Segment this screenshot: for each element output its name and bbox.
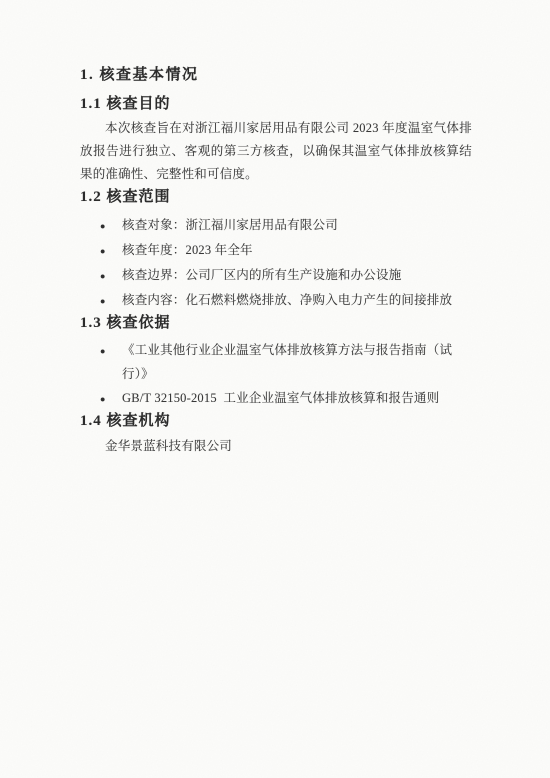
section-heading-verification-basis: 1.3 核查依据 — [80, 313, 472, 333]
list-item-text: 核查边界：公司厂区内的所有生产设施和办公设施 — [122, 263, 472, 287]
bullet-icon: ● — [100, 339, 122, 363]
list-item: ● 核查边界：公司厂区内的所有生产设施和办公设施 — [80, 263, 472, 288]
list-item-text: GB/T 32150-2015 工业企业温室气体排放核算和报告通则 — [122, 386, 472, 410]
bullet-icon: ● — [100, 239, 122, 263]
list-item: ● 核查对象：浙江福川家居用品有限公司 — [80, 213, 472, 238]
verification-organization-name: 金华景蓝科技有限公司 — [80, 435, 472, 458]
list-item: ● GB/T 32150-2015 工业企业温室气体排放核算和报告通则 — [80, 386, 472, 411]
section-heading-verification-organization: 1.4 核查机构 — [80, 411, 472, 431]
list-item-text: 核查对象：浙江福川家居用品有限公司 — [122, 213, 472, 237]
document-content: 1. 核查基本情况 1.1 核查目的 本次核查旨在对浙江福川家居用品有限公司 2… — [0, 0, 550, 458]
document-page: 1. 核查基本情况 1.1 核查目的 本次核查旨在对浙江福川家居用品有限公司 2… — [0, 0, 550, 778]
bullet-icon: ● — [100, 289, 122, 313]
list-item: ● 核查内容：化石燃料燃烧排放、净购入电力产生的间接排放 — [80, 288, 472, 313]
section-heading-verification-purpose: 1.1 核查目的 — [80, 94, 472, 114]
list-item: ● 《工业其他行业企业温室气体排放核算方法与报告指南（试行）》 — [80, 338, 472, 386]
verification-basis-list: ● 《工业其他行业企业温室气体排放核算方法与报告指南（试行）》 ● GB/T 3… — [80, 338, 472, 411]
list-item: ● 核查年度：2023 年全年 — [80, 238, 472, 263]
bullet-icon: ● — [100, 264, 122, 288]
bullet-icon: ● — [100, 214, 122, 238]
chapter-heading: 1. 核查基本情况 — [80, 64, 472, 86]
list-item-text: 《工业其他行业企业温室气体排放核算方法与报告指南（试行）》 — [122, 338, 472, 386]
list-item-text: 核查年度：2023 年全年 — [122, 238, 472, 262]
section-heading-verification-scope: 1.2 核查范围 — [80, 187, 472, 207]
list-item-text: 核查内容：化石燃料燃烧排放、净购入电力产生的间接排放 — [122, 288, 472, 312]
bullet-icon: ● — [100, 387, 122, 411]
verification-scope-list: ● 核查对象：浙江福川家居用品有限公司 ● 核查年度：2023 年全年 ● 核查… — [80, 213, 472, 313]
verification-purpose-paragraph: 本次核查旨在对浙江福川家居用品有限公司 2023 年度温室气体排放报告进行独立、… — [80, 117, 472, 186]
